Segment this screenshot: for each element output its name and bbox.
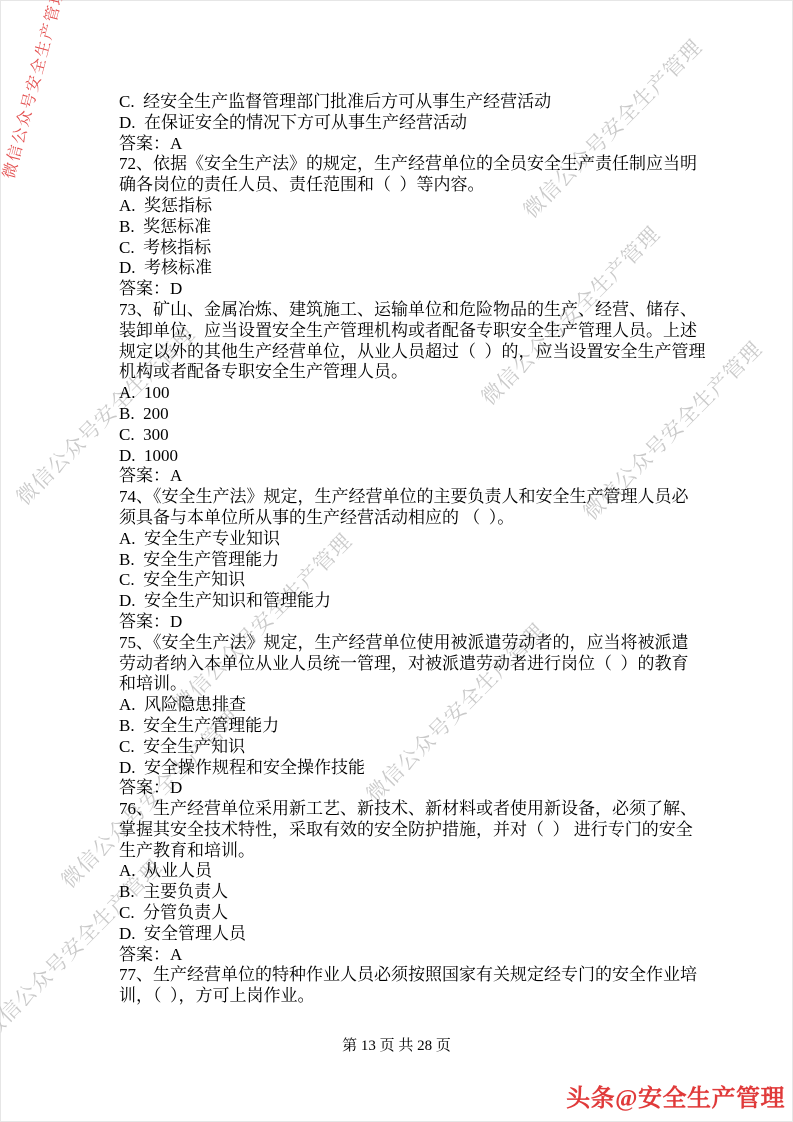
answer-line: 答案：A [119, 945, 719, 966]
question-text-block: C. 经安全生产监督管理部门批准后方可从事生产经营活动 D. 在保证安全的情况下… [119, 92, 719, 1007]
option-line: A. 奖惩指标 [119, 196, 719, 217]
question-stem-line: 76、生产经营单位采用新工艺、新技术、新材料或者使用新设备，必须了解、 [119, 799, 719, 820]
answer-line: 答案：A [119, 466, 719, 487]
question-stem-line: 75、《安全生产法》规定，生产经营单位使用被派遣劳动者的，应当将被派遣 [119, 633, 719, 654]
option-line: D. 安全操作规程和安全操作技能 [119, 758, 719, 779]
option-line: D. 1000 [119, 446, 719, 467]
question-stem-line: 确各岗位的责任人员、责任范围和（ ）等内容。 [119, 175, 719, 196]
answer-line: 答案：A [119, 134, 719, 155]
option-line: A. 风险隐患排查 [119, 695, 719, 716]
option-line: B. 安全生产管理能力 [119, 550, 719, 571]
question-stem-line: 机构或者配备专职安全生产管理人员。 [119, 362, 719, 383]
question-stem-line: 73、矿山、金属冶炼、建筑施工、运输单位和危险物品的生产、经营、储存、 [119, 300, 719, 321]
corner-red-watermark: 微信公众号安全生产管理 [0, 0, 69, 181]
question-stem-line: 训，（ ），方可上岗作业。 [119, 986, 719, 1007]
option-line: C. 安全生产知识 [119, 737, 719, 758]
question-stem-line: 生产教育和培训。 [119, 841, 719, 862]
option-line: C. 经安全生产监督管理部门批准后方可从事生产经营活动 [119, 92, 719, 113]
option-line: B. 奖惩标准 [119, 217, 719, 238]
question-stem-line: 须具备与本单位所从事的生产经营活动相应的 （ ）。 [119, 508, 719, 529]
option-line: B. 主要负责人 [119, 882, 719, 903]
option-line: A. 100 [119, 383, 719, 404]
option-line: B. 安全生产管理能力 [119, 716, 719, 737]
option-line: B. 200 [119, 404, 719, 425]
brand-signature: 头条@安全生产管理 [566, 1078, 785, 1113]
option-line: D. 在保证安全的情况下方可从事生产经营活动 [119, 113, 719, 134]
question-stem-line: 劳动者纳入本单位从业人员统一管理，对被派遣劳动者进行岗位（ ）的教育 [119, 654, 719, 675]
document-page: 微信公众号安全生产管理 微信公众号安全生产管理 微信公众号安全生产管理 微信公众… [0, 0, 793, 1122]
option-line: C. 300 [119, 425, 719, 446]
answer-line: 答案：D [119, 778, 719, 799]
page-number: 第 13 页 共 28 页 [0, 1034, 793, 1055]
question-stem-line: 72、依据《安全生产法》的规定，生产经营单位的全员安全生产责任制应当明 [119, 154, 719, 175]
question-stem-line: 74、《安全生产法》规定，生产经营单位的主要负责人和安全生产管理人员必 [119, 487, 719, 508]
question-stem-line: 规定以外的其他生产经营单位，从业人员超过（ ）的，应当设置安全生产管理 [119, 342, 719, 363]
option-line: C. 安全生产知识 [119, 570, 719, 591]
option-line: C. 考核指标 [119, 238, 719, 259]
option-line: D. 安全生产知识和管理能力 [119, 591, 719, 612]
answer-line: 答案：D [119, 279, 719, 300]
option-line: D. 安全管理人员 [119, 924, 719, 945]
question-stem-line: 装卸单位，应当设置安全生产管理机构或者配备专职安全生产管理人员。上述 [119, 321, 719, 342]
option-line: D. 考核标准 [119, 258, 719, 279]
option-line: A. 从业人员 [119, 861, 719, 882]
option-line: A. 安全生产专业知识 [119, 529, 719, 550]
answer-line: 答案：D [119, 612, 719, 633]
question-stem-line: 和培训。 [119, 674, 719, 695]
option-line: C. 分管负责人 [119, 903, 719, 924]
question-stem-line: 掌握其安全技术特性，采取有效的安全防护措施，并对（ ） 进行专门的安全 [119, 820, 719, 841]
question-stem-line: 77、生产经营单位的特种作业人员必须按照国家有关规定经专门的安全作业培 [119, 965, 719, 986]
